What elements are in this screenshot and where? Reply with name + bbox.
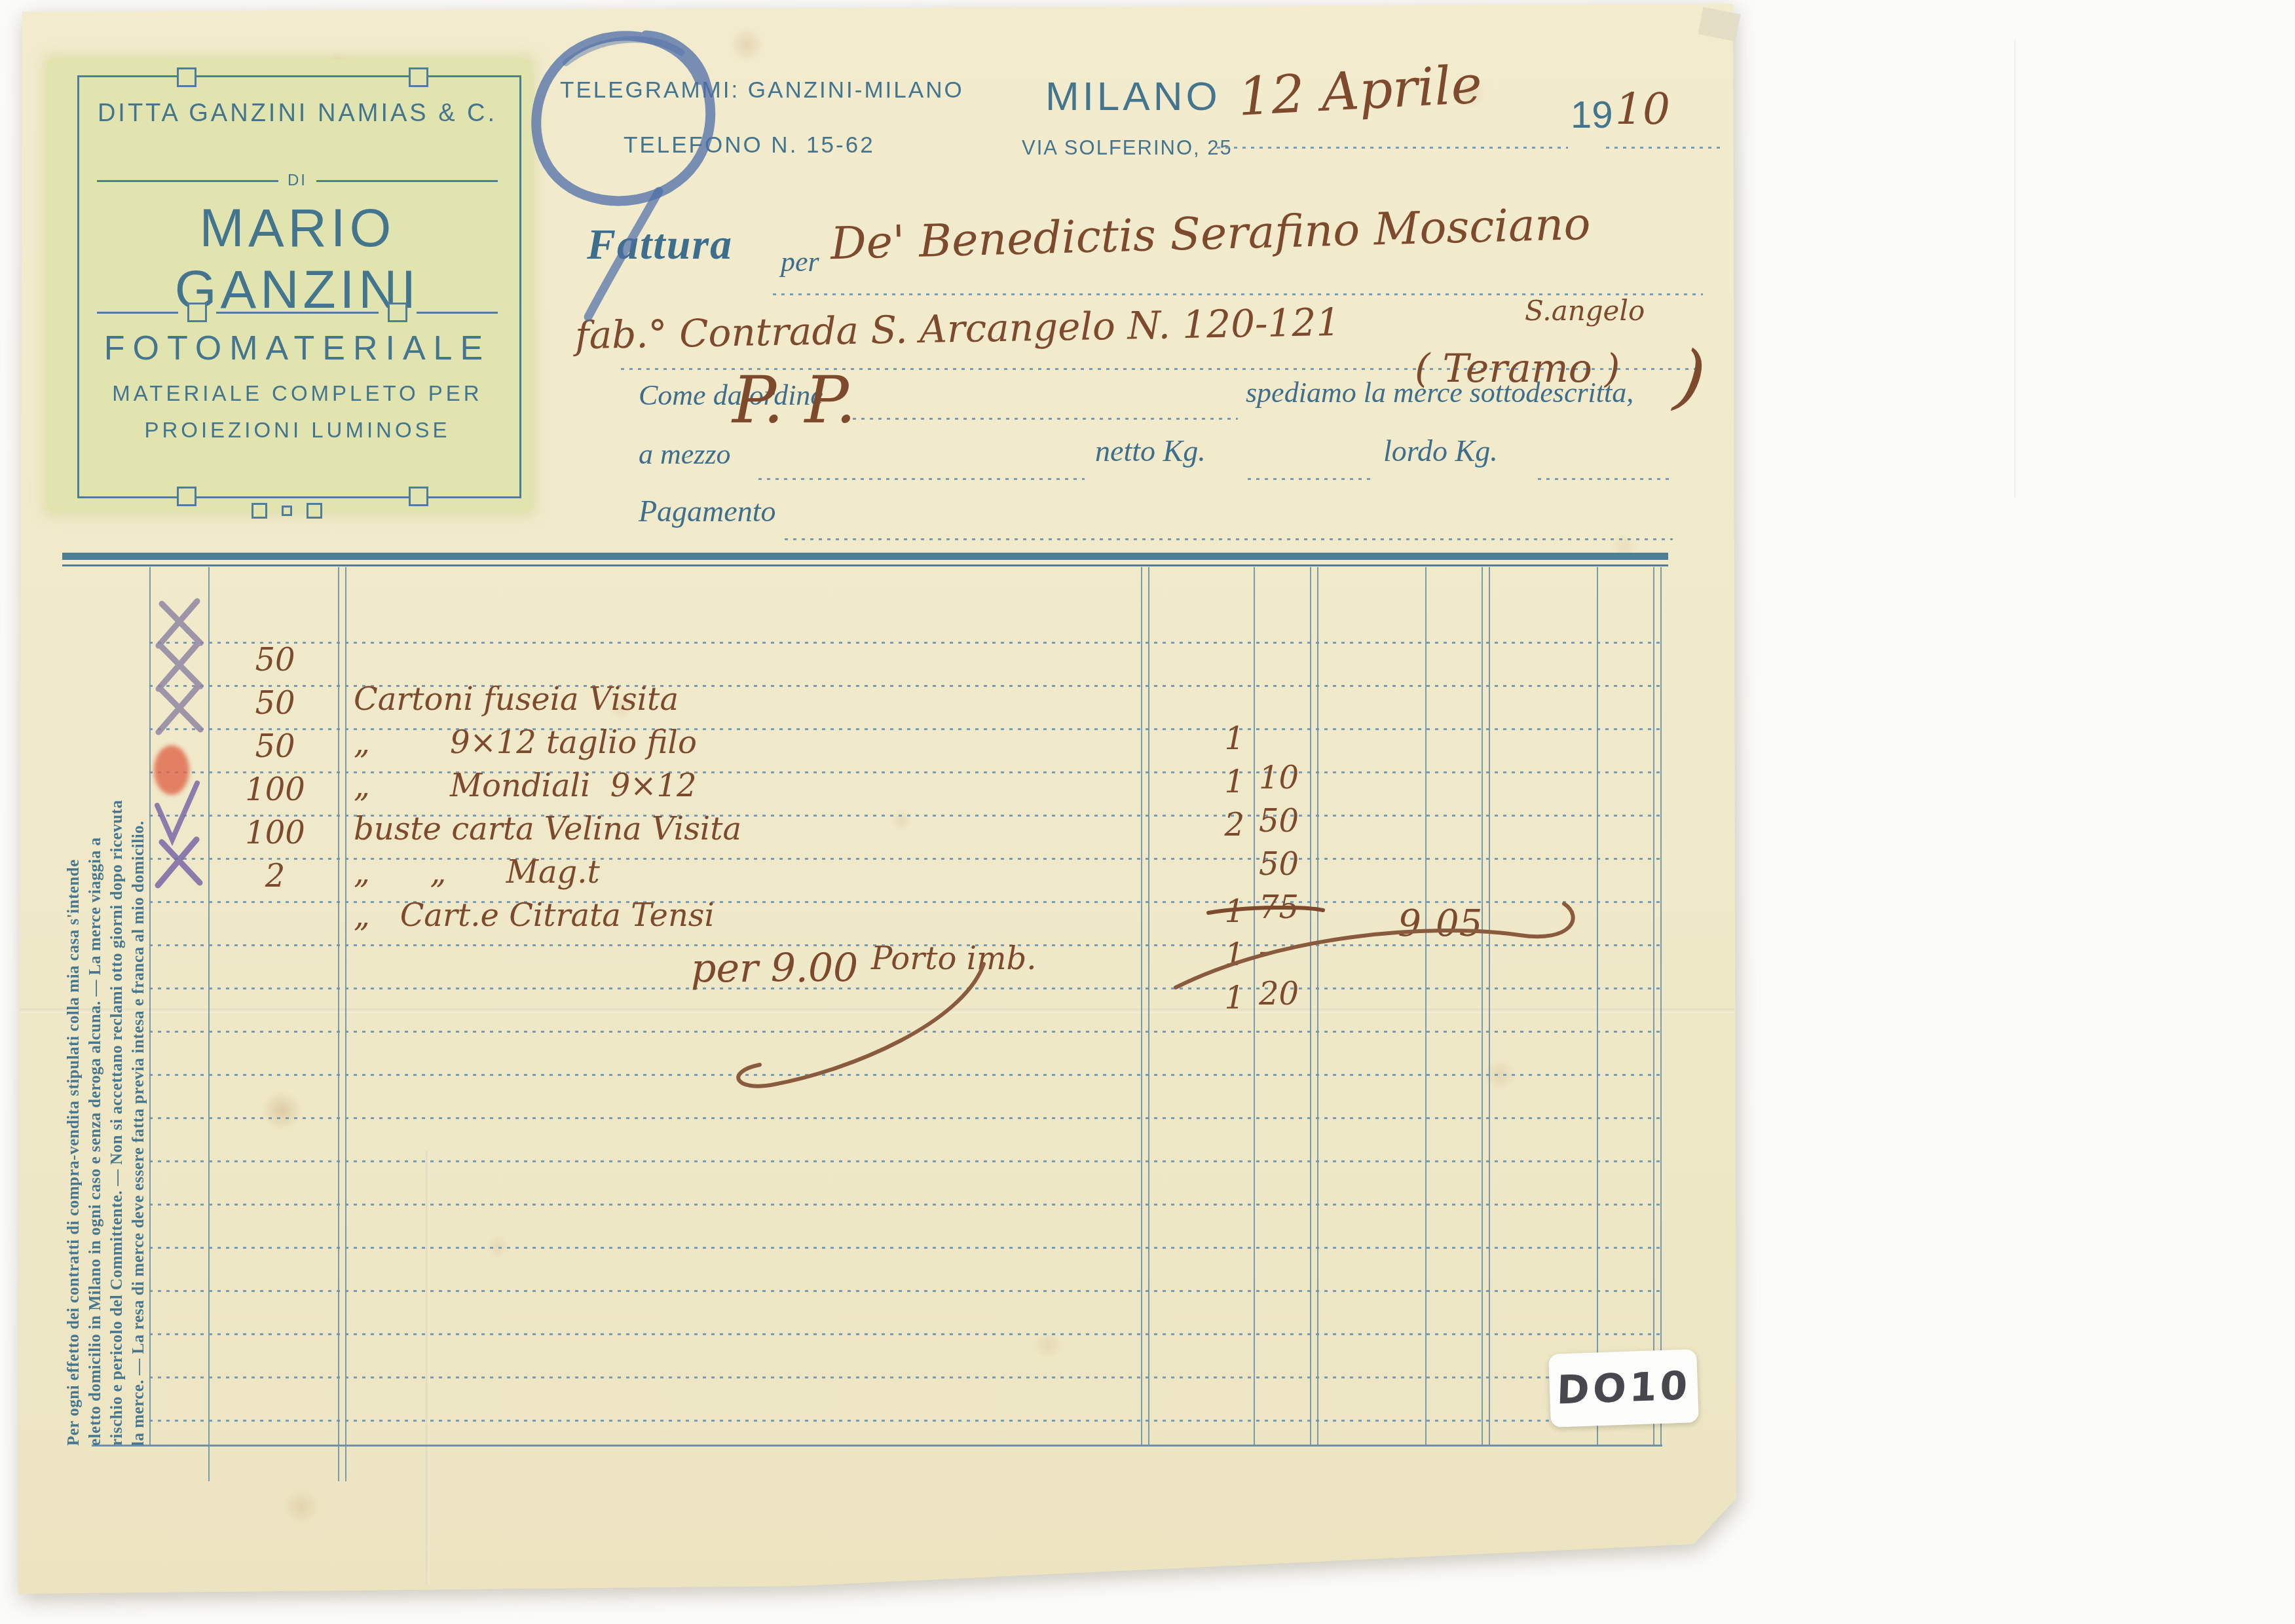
ordine-rule	[853, 418, 1238, 420]
table-row-line	[149, 1376, 1660, 1378]
business-line-3: PROIEZIONI LUMINOSE	[77, 418, 517, 443]
lordo-rule	[1538, 478, 1671, 480]
business-line-1: FOTOMATERIALE	[77, 329, 517, 368]
handwritten-note: per 9.00	[691, 946, 858, 991]
scanned-invoice: DITTA GANZINI NAMIAS & C. DI MARIO GANZI…	[0, 0, 2295, 1624]
border-square-icon	[187, 303, 207, 322]
fold-crease-horizontal	[20, 1008, 1734, 1013]
table-row-line	[149, 1290, 1660, 1292]
border-square-icon	[409, 487, 428, 506]
fattura-label: Fattura	[587, 220, 733, 270]
date-rule	[1217, 147, 1568, 149]
border-square-icon	[177, 487, 196, 506]
netto-label: netto Kg.	[1095, 434, 1206, 468]
table-row: 50 Cartoni fuseia Visita 1 10	[0, 601, 1664, 642]
printed-year-prefix: 19	[1571, 93, 1613, 137]
spediamo-label: spediamo la merce sottodescritta,	[1246, 376, 1633, 409]
archive-sticker: DO10	[1548, 1349, 1699, 1428]
table-row: 100 „ „ Mag.t 1 –	[0, 774, 1664, 815]
row-desc: Porto imb.	[871, 939, 1037, 978]
table-row-line	[149, 1204, 1660, 1206]
row-cent: –	[1259, 931, 1318, 970]
street-address: VIA SOLFERINO, 25	[1022, 136, 1233, 160]
row-cent: 20	[1259, 974, 1318, 1014]
fold-crease-vertical	[426, 1151, 430, 1585]
total-cent: 05	[1436, 902, 1482, 945]
table-top-rule	[62, 553, 1668, 560]
per-label: per	[781, 245, 819, 278]
city-label: MILANO	[1045, 73, 1221, 120]
handwritten-year: 10	[1615, 84, 1670, 134]
table-row-line	[149, 642, 1660, 644]
table-row-line	[149, 1117, 1660, 1119]
table-row-line	[149, 987, 1660, 989]
table-row-line	[149, 1160, 1660, 1162]
di-divider: DI	[97, 172, 498, 190]
di-label: DI	[288, 172, 307, 190]
phone-line: TELEFONO N. 15-62	[624, 132, 875, 158]
company-name: DITTA GANZINI NAMIAS & C.	[77, 100, 517, 128]
telegrams-line: TELEGRAMMI: GANZINI-MILANO	[560, 77, 964, 103]
table-row-line	[149, 1074, 1660, 1076]
border-square-icon	[388, 303, 407, 322]
table-row-line	[149, 1031, 1660, 1033]
table-row: 50 „ Mondiali 9×12 2 50	[0, 688, 1664, 728]
a-mezzo-value: P. P.	[732, 361, 856, 438]
row-lire: 1	[1169, 935, 1244, 974]
a-mezzo-label: a mezzo	[639, 437, 731, 471]
table-row-line	[149, 1420, 1660, 1422]
table-row: Porto imb. 1	[0, 860, 1664, 901]
netto-rule	[1248, 478, 1372, 480]
table-row: 2 „ Cart.e Citrata Tensi 1 20	[0, 817, 1664, 858]
lordo-label: lordo Kg.	[1383, 434, 1498, 468]
row-lire: 1	[1169, 978, 1244, 1018]
letterhead-box: DITTA GANZINI NAMIAS & C. DI MARIO GANZI…	[47, 59, 532, 512]
table-row: 100 buste carta Velina Visita 75	[0, 731, 1664, 771]
pagamento-label: Pagamento	[639, 494, 776, 528]
table-row-line	[149, 1333, 1660, 1335]
border-square-icon	[177, 67, 196, 87]
sticker-label: DO10	[1556, 1363, 1692, 1413]
row-desc: „ Cart.e Citrata Tensi	[354, 896, 715, 935]
table-row-line	[149, 1247, 1660, 1249]
squares-divider	[97, 303, 498, 322]
business-line-2: MATERIALE COMPLETO PER	[77, 381, 517, 406]
table-top-rule-thin	[62, 564, 1668, 566]
scanner-crease	[2014, 39, 2016, 498]
border-square-icon	[409, 67, 428, 87]
total-lire: 9	[1346, 902, 1421, 945]
square-trio-motif	[252, 503, 322, 519]
handwritten-date: 12 Aprile	[1237, 54, 1483, 127]
pagamento-rule	[785, 538, 1673, 540]
mezzo-rule	[758, 478, 1085, 480]
year-rule	[1606, 147, 1725, 149]
table-row: 50 „ 9×12 taglio filo 1 50	[0, 644, 1664, 685]
customer-town-suffix: S.angelo	[1525, 295, 1645, 327]
table-bottom-rule	[92, 1445, 1662, 1447]
